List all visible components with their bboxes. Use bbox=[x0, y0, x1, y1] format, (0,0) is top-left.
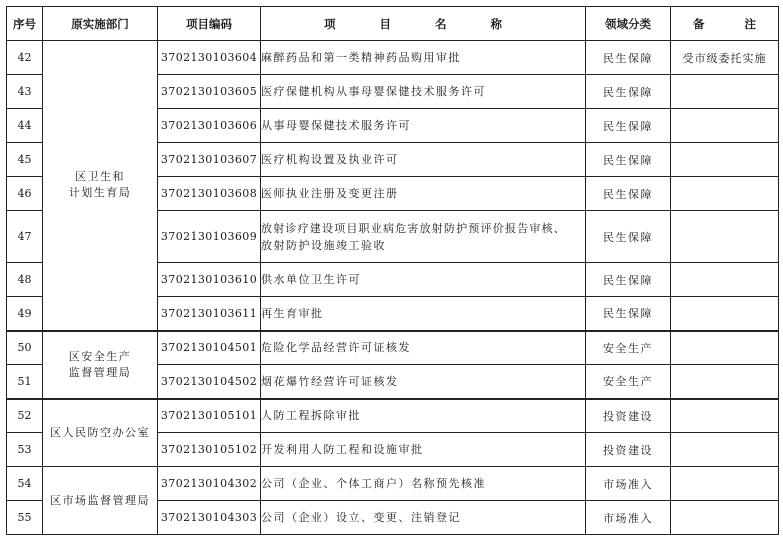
cell-name: 放射诊疗建设项目职业病危害放射防护预评价报告审核、 放射防护设施竣工验收 bbox=[261, 211, 586, 263]
cell-note bbox=[671, 297, 779, 331]
cell-seq: 52 bbox=[7, 399, 43, 433]
cell-code: 3702130105102 bbox=[158, 433, 261, 467]
cell-note bbox=[671, 143, 779, 177]
cell-seq: 42 bbox=[7, 41, 43, 75]
cell-domain: 投资建设 bbox=[586, 433, 671, 467]
cell-domain: 民生保障 bbox=[586, 75, 671, 109]
approval-items-table: 序号 原实施部门 项目编码 项 目 名 称 领域分类 备 注 42 区卫生和 计… bbox=[6, 6, 779, 535]
cell-code: 3702130104303 bbox=[158, 501, 261, 535]
cell-seq: 55 bbox=[7, 501, 43, 535]
cell-name: 医师执业注册及变更注册 bbox=[261, 177, 586, 211]
table-row: 52 区人民防空办公室 3702130105101 人防工程拆除审批 投资建设 bbox=[7, 399, 779, 433]
cell-code: 3702130103604 bbox=[158, 41, 261, 75]
cell-note bbox=[671, 75, 779, 109]
cell-seq: 43 bbox=[7, 75, 43, 109]
header-domain: 领域分类 bbox=[586, 7, 671, 41]
cell-seq: 44 bbox=[7, 109, 43, 143]
header-name-label: 项 目 名 称 bbox=[324, 17, 522, 31]
cell-note bbox=[671, 399, 779, 433]
cell-note bbox=[671, 433, 779, 467]
table-header-row: 序号 原实施部门 项目编码 项 目 名 称 领域分类 备 注 bbox=[7, 7, 779, 41]
cell-code: 3702130103609 bbox=[158, 211, 261, 263]
cell-name: 麻醉药品和第一类精神药品购用审批 bbox=[261, 41, 586, 75]
dept-line: 计划生育局 bbox=[43, 185, 157, 201]
cell-seq: 47 bbox=[7, 211, 43, 263]
header-code: 项目编码 bbox=[158, 7, 261, 41]
cell-seq: 53 bbox=[7, 433, 43, 467]
cell-name: 公司（企业、个体工商户）名称预先核准 bbox=[261, 467, 586, 501]
cell-note bbox=[671, 331, 779, 365]
cell-note: 受市级委托实施 bbox=[671, 41, 779, 75]
cell-domain: 民生保障 bbox=[586, 263, 671, 297]
cell-code: 3702130104502 bbox=[158, 365, 261, 399]
cell-name: 危险化学品经营许可证核发 bbox=[261, 331, 586, 365]
name-line: 放射防护设施竣工验收 bbox=[261, 237, 585, 254]
cell-code: 3702130104501 bbox=[158, 331, 261, 365]
cell-domain: 民生保障 bbox=[586, 177, 671, 211]
cell-code: 3702130103611 bbox=[158, 297, 261, 331]
cell-note bbox=[671, 501, 779, 535]
cell-code: 3702130103607 bbox=[158, 143, 261, 177]
cell-domain: 民生保障 bbox=[586, 143, 671, 177]
header-seq: 序号 bbox=[7, 7, 43, 41]
table-row: 50 区安全生产 监督管理局 3702130104501 危险化学品经营许可证核… bbox=[7, 331, 779, 365]
cell-domain: 民生保障 bbox=[586, 41, 671, 75]
dept-line: 区安全生产 bbox=[43, 349, 157, 365]
dept-line: 区卫生和 bbox=[43, 169, 157, 185]
cell-name: 医疗保健机构从事母婴保健技术服务许可 bbox=[261, 75, 586, 109]
cell-domain: 民生保障 bbox=[586, 109, 671, 143]
cell-code: 3702130103605 bbox=[158, 75, 261, 109]
cell-domain: 安全生产 bbox=[586, 365, 671, 399]
cell-dept: 区安全生产 监督管理局 bbox=[43, 331, 158, 399]
cell-seq: 51 bbox=[7, 365, 43, 399]
cell-seq: 49 bbox=[7, 297, 43, 331]
cell-seq: 48 bbox=[7, 263, 43, 297]
cell-note bbox=[671, 211, 779, 263]
cell-domain: 投资建设 bbox=[586, 399, 671, 433]
cell-name: 从事母婴保健技术服务许可 bbox=[261, 109, 586, 143]
cell-domain: 民生保障 bbox=[586, 211, 671, 263]
dept-line: 区市场监督管理局 bbox=[43, 493, 157, 509]
cell-name: 烟花爆竹经营许可证核发 bbox=[261, 365, 586, 399]
cell-seq: 45 bbox=[7, 143, 43, 177]
cell-note bbox=[671, 467, 779, 501]
cell-dept: 区卫生和 计划生育局 bbox=[43, 41, 158, 331]
header-note: 备 注 bbox=[671, 7, 779, 41]
cell-dept: 区市场监督管理局 bbox=[43, 467, 158, 535]
cell-domain: 市场准入 bbox=[586, 501, 671, 535]
cell-note bbox=[671, 177, 779, 211]
cell-seq: 54 bbox=[7, 467, 43, 501]
cell-name: 开发利用人防工程和设施审批 bbox=[261, 433, 586, 467]
cell-seq: 50 bbox=[7, 331, 43, 365]
cell-code: 3702130104302 bbox=[158, 467, 261, 501]
cell-note bbox=[671, 263, 779, 297]
cell-code: 3702130103606 bbox=[158, 109, 261, 143]
cell-domain: 民生保障 bbox=[586, 297, 671, 331]
cell-name: 再生育审批 bbox=[261, 297, 586, 331]
header-note-label: 备 注 bbox=[693, 17, 756, 31]
cell-name: 医疗机构设置及执业许可 bbox=[261, 143, 586, 177]
cell-domain: 安全生产 bbox=[586, 331, 671, 365]
cell-code: 3702130103608 bbox=[158, 177, 261, 211]
dept-line: 监督管理局 bbox=[43, 365, 157, 381]
table-row: 54 区市场监督管理局 3702130104302 公司（企业、个体工商户）名称… bbox=[7, 467, 779, 501]
cell-name: 供水单位卫生许可 bbox=[261, 263, 586, 297]
cell-name: 人防工程拆除审批 bbox=[261, 399, 586, 433]
cell-domain: 市场准入 bbox=[586, 467, 671, 501]
cell-name: 公司（企业）设立、变更、注销登记 bbox=[261, 501, 586, 535]
header-name: 项 目 名 称 bbox=[261, 7, 586, 41]
dept-line: 区人民防空办公室 bbox=[43, 425, 157, 441]
cell-code: 3702130105101 bbox=[158, 399, 261, 433]
cell-seq: 46 bbox=[7, 177, 43, 211]
table-row: 42 区卫生和 计划生育局 3702130103604 麻醉药品和第一类精神药品… bbox=[7, 41, 779, 75]
header-dept: 原实施部门 bbox=[43, 7, 158, 41]
cell-note bbox=[671, 365, 779, 399]
name-line: 放射诊疗建设项目职业病危害放射防护预评价报告审核、 bbox=[261, 220, 585, 237]
cell-dept: 区人民防空办公室 bbox=[43, 399, 158, 467]
cell-code: 3702130103610 bbox=[158, 263, 261, 297]
cell-note bbox=[671, 109, 779, 143]
